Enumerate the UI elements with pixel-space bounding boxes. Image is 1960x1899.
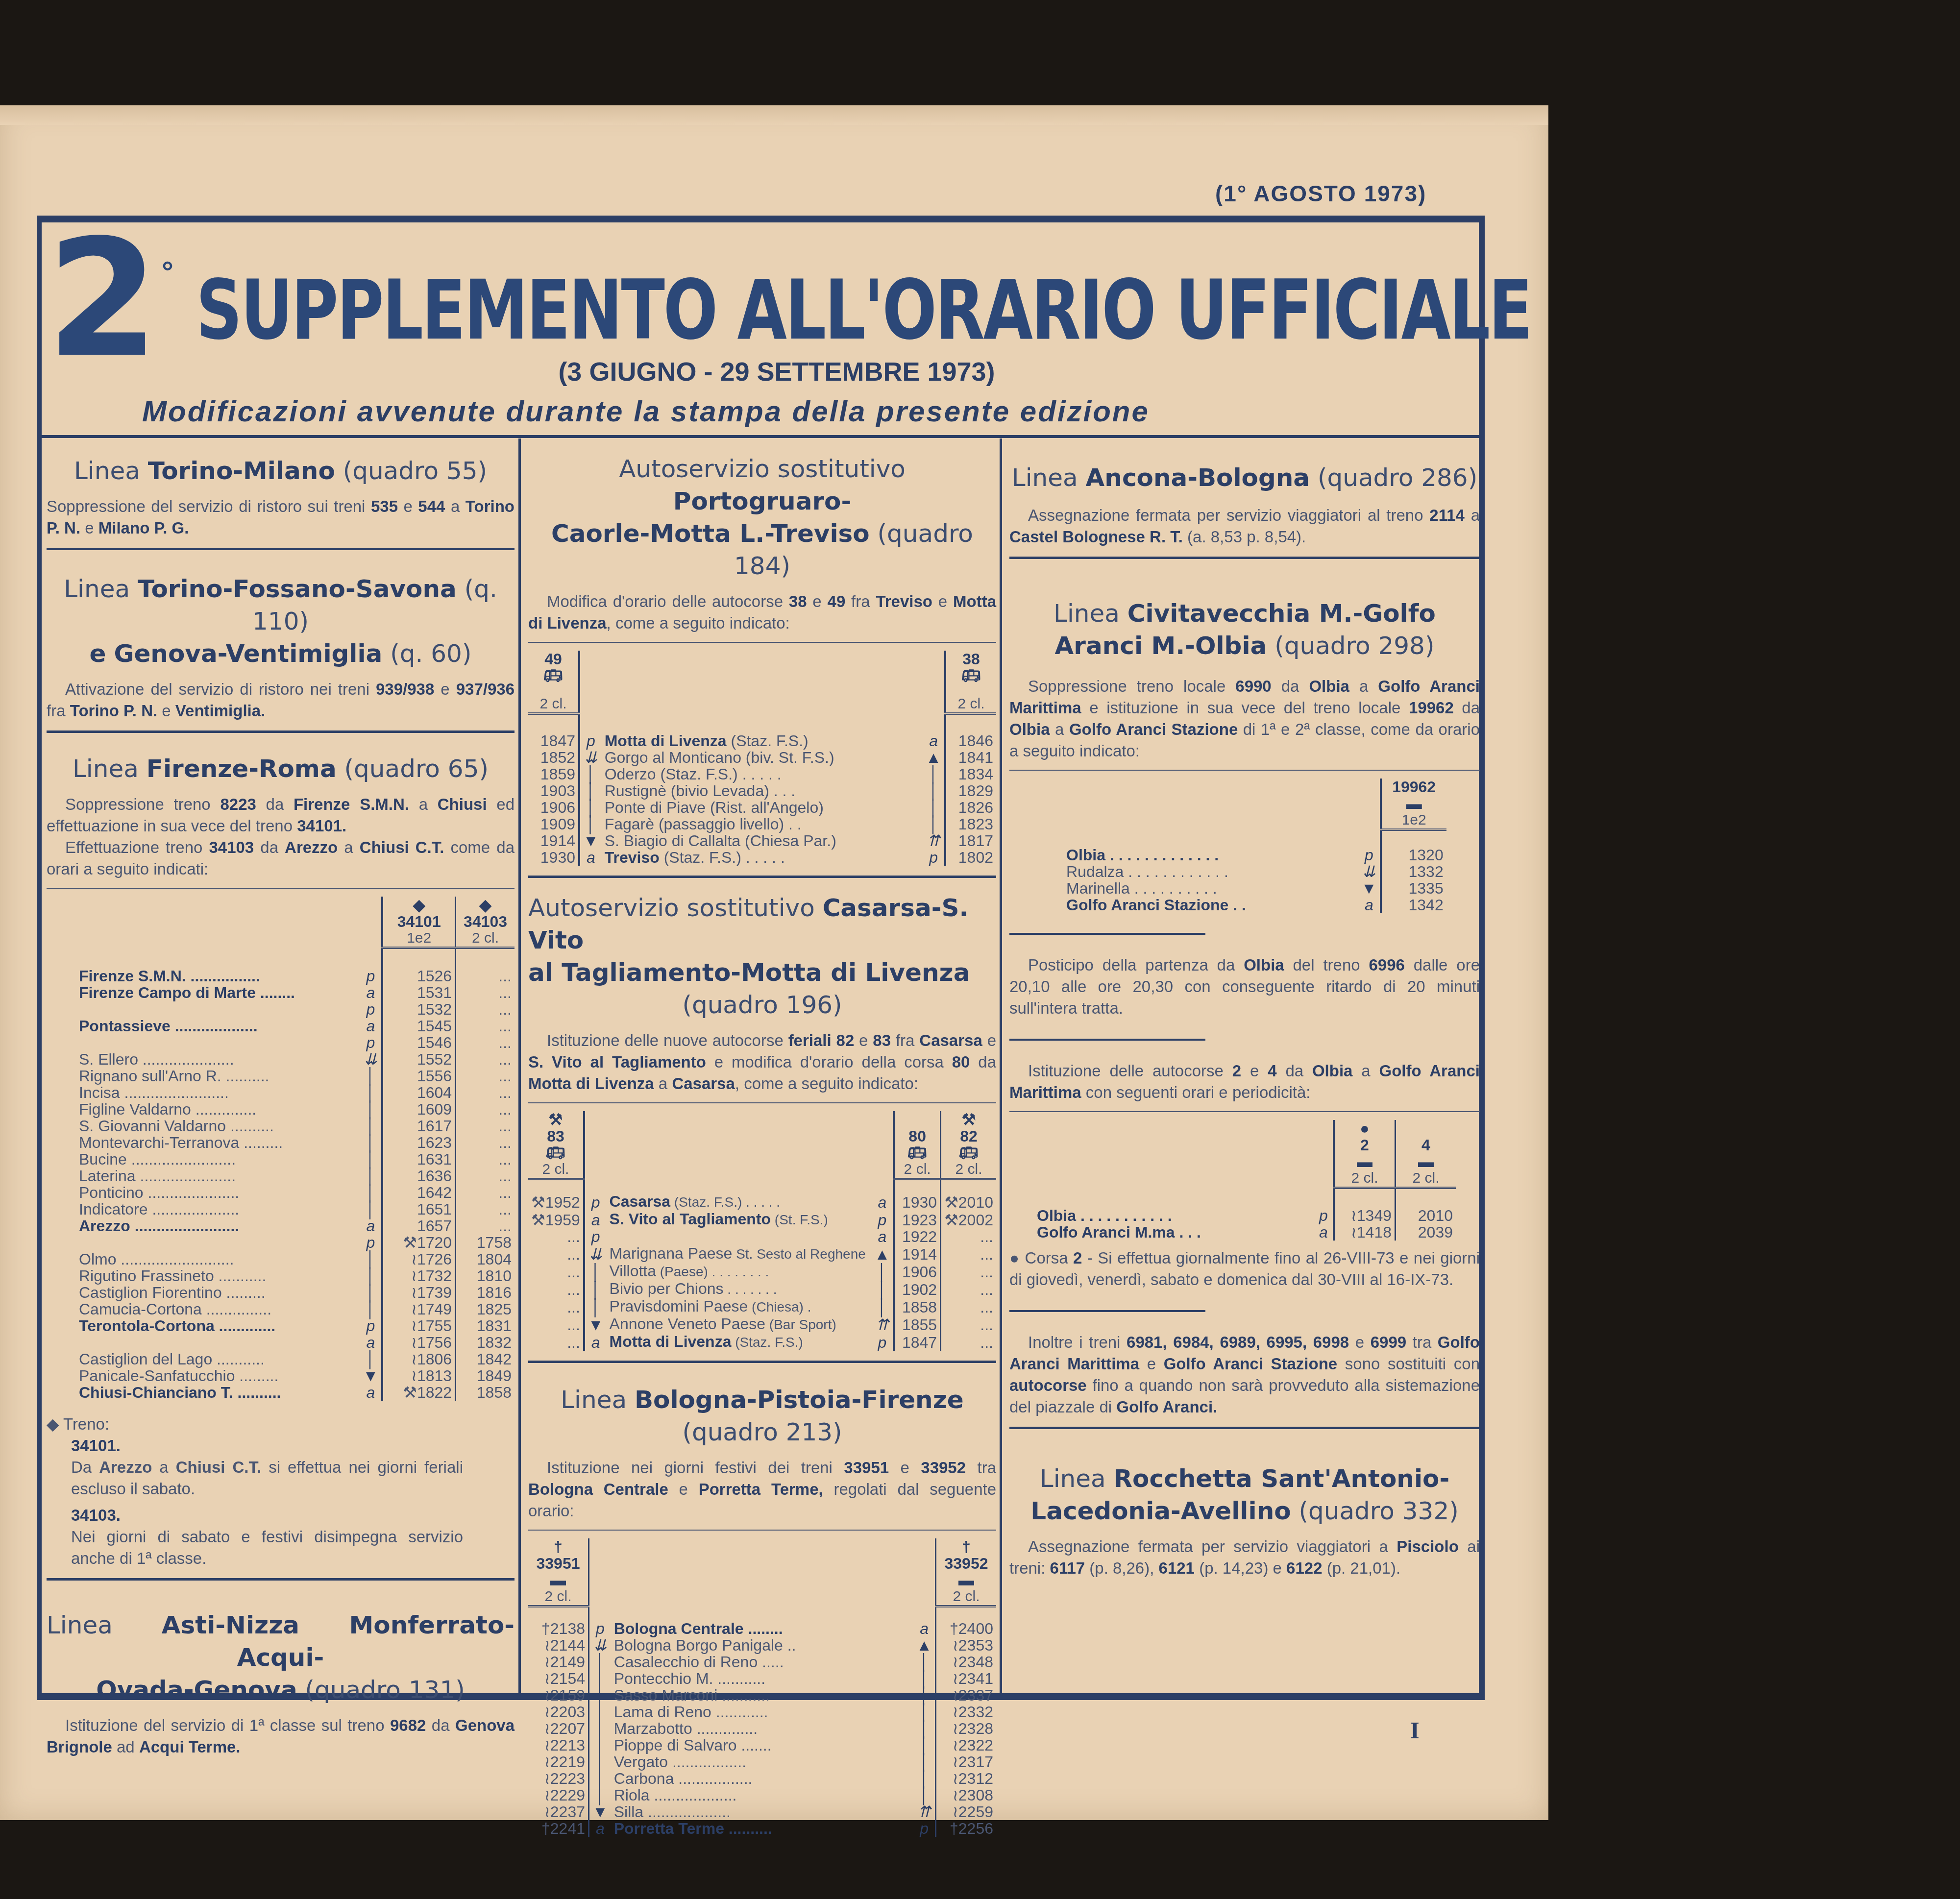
text-fragment: (quadro 65) bbox=[344, 755, 489, 783]
time-83: ... bbox=[528, 1333, 584, 1351]
table-row: Rigutino Frassineto ...........│≀1732181… bbox=[76, 1267, 514, 1284]
text-fragment: 34101 bbox=[397, 913, 441, 930]
table-row: p1546... bbox=[76, 1034, 514, 1051]
text-fragment: Olbia bbox=[1309, 677, 1349, 695]
station-name: Rigutino Frassineto ........... bbox=[76, 1267, 360, 1284]
time-49: 1906 bbox=[528, 799, 579, 816]
time-34101: ≀1749 bbox=[382, 1301, 455, 1317]
station-name: Rustignè (bivio Levada) . . . bbox=[602, 782, 923, 799]
table-row: Rignano sull'Arno R. ..........│1556... bbox=[76, 1068, 514, 1084]
section-divider bbox=[528, 876, 996, 878]
direction-mark: │ bbox=[913, 1687, 935, 1704]
page-title: SUPPLEMENTO ALL'ORARIO UFFICIALE bbox=[196, 262, 1531, 358]
text-fragment: 2 cl. bbox=[456, 930, 514, 948]
hammer-pick-icon: ⚒ bbox=[962, 1111, 976, 1128]
time-33952: †2256 bbox=[936, 1820, 997, 1837]
time-33952: ≀2322 bbox=[936, 1737, 997, 1753]
arr-dep-mark: a bbox=[360, 1384, 383, 1401]
time-80: 1914 bbox=[894, 1245, 941, 1263]
text-fragment: Linea bbox=[1040, 1464, 1106, 1493]
station-name: Marignana Paese St. Sesto al Reghene bbox=[607, 1245, 872, 1263]
text-fragment: 2 cl. bbox=[894, 1161, 941, 1179]
text-fragment: Torino P. N. bbox=[70, 702, 157, 720]
text-fragment: Autoservizio sostitutivo bbox=[619, 455, 906, 483]
direction-mark: a bbox=[923, 732, 945, 749]
text-fragment: Firenze S.M.N. bbox=[294, 795, 409, 813]
table-row: ≀2149│Casalecchio di Reno .....│≀2348 bbox=[528, 1654, 996, 1670]
direction-mark: ⇊ bbox=[579, 749, 602, 766]
table-top-rule bbox=[528, 642, 996, 643]
text-fragment: 82 bbox=[960, 1127, 978, 1145]
station-name: Bologna Centrale ........ bbox=[611, 1620, 914, 1637]
table-row: Camucia-Cortona ...............│≀1749182… bbox=[76, 1301, 514, 1317]
text-fragment: a bbox=[445, 497, 465, 515]
table-top-rule bbox=[47, 888, 514, 889]
direction-mark: ⇊ bbox=[584, 1245, 607, 1263]
text-fragment: (p. 8,26), bbox=[1085, 1559, 1158, 1577]
title-prefix: Linea bbox=[74, 457, 140, 485]
section-title: Linea Torino-Milano (quadro 55) bbox=[47, 455, 514, 487]
station-name: Firenze S.M.N. ................ bbox=[76, 968, 360, 984]
section-asti-genova: Linea Asti-Nizza Monferrato-Acqui- Ovada… bbox=[47, 1589, 514, 1758]
time-34103: 1816 bbox=[456, 1284, 514, 1301]
direction-mark: a bbox=[579, 849, 602, 866]
section-title: Linea Firenze-Roma (quadro 65) bbox=[47, 753, 514, 785]
station-name: S. Giovanni Valdarno .......... bbox=[76, 1118, 360, 1134]
text-fragment: e bbox=[90, 639, 106, 668]
direction-mark: │ bbox=[589, 1753, 611, 1770]
direction-mark: ⇈ bbox=[923, 832, 945, 849]
table-row: ...pa1922... bbox=[528, 1228, 996, 1245]
table-row: Castiglion Fiorentino .........│≀1739181… bbox=[76, 1284, 514, 1301]
direction-mark: ▼ bbox=[589, 1803, 611, 1820]
direction-mark: │ bbox=[589, 1704, 611, 1720]
direction-mark: p bbox=[871, 1211, 894, 1228]
issue-date: (1° AGOSTO 1973) bbox=[1215, 180, 1426, 207]
text-fragment: Motta di Livenza bbox=[528, 1074, 654, 1093]
time-34103: ... bbox=[456, 1101, 514, 1118]
station-name: Rignano sull'Arno R. .......... bbox=[76, 1068, 360, 1084]
table-top-rule bbox=[1009, 770, 1480, 771]
text-fragment: Istituzione delle nuove autocorse bbox=[547, 1031, 788, 1049]
time-33952: ≀2353 bbox=[936, 1637, 997, 1654]
section-title: Autoservizio sostitutivo Casarsa-S. Vito… bbox=[528, 892, 996, 1021]
text-fragment: da bbox=[254, 838, 285, 856]
time-83: ⚒1952 bbox=[528, 1193, 584, 1211]
text-fragment: ad bbox=[112, 1738, 139, 1756]
station-name: Camucia-Cortona ............... bbox=[76, 1301, 360, 1317]
section-title: Linea Ancona-Bologna (quadro 286) bbox=[1009, 462, 1480, 494]
time-33952: ≀2317 bbox=[936, 1753, 997, 1770]
time-38: 1823 bbox=[945, 816, 996, 832]
table-row: ...aMotta di Livenza (Staz. F.S.)p1847..… bbox=[528, 1333, 996, 1351]
note-item: 34101.Da Arezzo a Chiusi C.T. si effettu… bbox=[71, 1435, 514, 1500]
text-fragment: a bbox=[1050, 720, 1069, 738]
text-fragment: 6981, 6984, 6989, 6995, 6998 bbox=[1127, 1333, 1349, 1351]
text-fragment: 6122 bbox=[1286, 1559, 1322, 1577]
time-34101: 1623 bbox=[382, 1134, 455, 1151]
text-fragment: Soppressione del servizio di ristoro sui… bbox=[47, 497, 371, 515]
time-80: 1858 bbox=[894, 1298, 941, 1315]
text-fragment: 2114 bbox=[1429, 506, 1465, 524]
time-34103: ... bbox=[456, 968, 514, 984]
section-title: Linea Asti-Nizza Monferrato-Acqui- Ovada… bbox=[47, 1609, 514, 1706]
table-top-rule bbox=[528, 1530, 996, 1531]
arr-dep-mark: │ bbox=[360, 1184, 383, 1201]
station-name: Oderzo (Staz. F.S.) . . . . . bbox=[602, 766, 923, 782]
direction-mark: p bbox=[584, 1228, 607, 1245]
time-82: ... bbox=[941, 1315, 996, 1333]
station-name: Castiglion Fiorentino ......... bbox=[76, 1284, 360, 1301]
time-82: ⚒2010 bbox=[941, 1193, 996, 1211]
text-fragment: e istituzione in sua vece del treno loca… bbox=[1081, 699, 1409, 717]
table-row: ≀2154│Pontecchio M. ...........│≀2341 bbox=[528, 1670, 996, 1687]
time-33951: †2138 bbox=[528, 1620, 589, 1637]
text-fragment: 6121 bbox=[1159, 1559, 1195, 1577]
station-name: Villotta (Paese) . . . . . . . . bbox=[607, 1263, 872, 1280]
station-name: Marinella . . . . . . . . . . bbox=[1063, 880, 1358, 897]
direction-mark: a bbox=[584, 1211, 607, 1228]
station-name: Golfo Aranci M.ma . . . bbox=[1034, 1224, 1314, 1241]
table-row: Firenze Campo di Marte ........a1531... bbox=[76, 984, 514, 1001]
time-33951: ≀2159 bbox=[528, 1687, 589, 1704]
time-82: ... bbox=[941, 1263, 996, 1280]
arr-dep-mark: p bbox=[1314, 1207, 1334, 1224]
table-row: Figline Valdarno ..............│1609... bbox=[76, 1101, 514, 1118]
time-33951: ≀2154 bbox=[528, 1670, 589, 1687]
text-fragment: da bbox=[1454, 699, 1480, 717]
time-34103: 1810 bbox=[456, 1267, 514, 1284]
time-38: 1802 bbox=[945, 849, 996, 866]
table-row: Panicale-Sanfatucchio .........▼≀1813184… bbox=[76, 1367, 514, 1384]
table-row: p⚒17201758 bbox=[76, 1234, 514, 1251]
time-34101: ≀1756 bbox=[382, 1334, 455, 1351]
time-19962: 1332 bbox=[1381, 863, 1446, 880]
time-34103: ... bbox=[456, 1168, 514, 1184]
text-fragment: 6999 bbox=[1371, 1333, 1406, 1351]
text-fragment: fra bbox=[845, 592, 876, 610]
table-row: Incisa ........................│1604... bbox=[76, 1084, 514, 1101]
text-fragment: , come a seguito indicato: bbox=[735, 1074, 918, 1093]
railcar-icon: ▬ bbox=[1406, 795, 1422, 812]
station-name: Panicale-Sanfatucchio ......... bbox=[76, 1367, 360, 1384]
station-name bbox=[76, 1234, 360, 1251]
direction-mark: │ bbox=[584, 1263, 607, 1280]
text-fragment: Caorle-Motta L.-Treviso bbox=[551, 519, 870, 548]
text-fragment: e bbox=[1139, 1355, 1164, 1373]
time-34101: 1657 bbox=[382, 1217, 455, 1234]
text-fragment: Treviso bbox=[876, 592, 932, 610]
station-name: Rudalza . . . . . . . . . . . . bbox=[1063, 863, 1358, 880]
hammer-pick-icon: ⚒ bbox=[549, 1111, 563, 1128]
time-34101: 1545 bbox=[382, 1018, 455, 1034]
section-casarsa: Autoservizio sostitutivo Casarsa-S. Vito… bbox=[528, 887, 996, 1363]
table-row: 1930aTreviso (Staz. F.S.) . . . . .p1802 bbox=[528, 849, 996, 866]
direction-mark: a bbox=[871, 1228, 894, 1245]
direction-mark: ▼ bbox=[584, 1315, 607, 1333]
station-name: Indicatore .................... bbox=[76, 1201, 360, 1217]
text-fragment: e bbox=[434, 680, 456, 698]
text-fragment: autocorse bbox=[1009, 1376, 1087, 1394]
direction-mark: │ bbox=[584, 1298, 607, 1315]
text-fragment: (q. 60) bbox=[390, 639, 471, 668]
arr-dep-mark: p bbox=[360, 968, 383, 984]
section-divider bbox=[1009, 557, 1480, 559]
arr-dep-mark: a bbox=[1314, 1224, 1334, 1241]
time-34101: ≀1806 bbox=[382, 1351, 455, 1367]
arr-dep-mark: a bbox=[360, 984, 383, 1001]
text-fragment: da bbox=[1277, 1062, 1312, 1080]
table-row: Terontola-Cortona .............p≀1755183… bbox=[76, 1317, 514, 1334]
time-34101: ⚒1822 bbox=[382, 1384, 455, 1401]
section-title: Linea Rocchetta Sant'Antonio- Lacedonia-… bbox=[1009, 1462, 1480, 1527]
section-portogruaro: Autoservizio sostitutivo Portogruaro- Ca… bbox=[528, 441, 996, 878]
text-fragment: e bbox=[668, 1480, 699, 1498]
text-fragment: 34101. bbox=[297, 817, 346, 835]
bus-icon: 🚌︎ bbox=[907, 1144, 928, 1162]
time-34101: ⚒1720 bbox=[382, 1234, 455, 1251]
time-34101: 1631 bbox=[382, 1151, 455, 1168]
text-fragment: Ventimiglia. bbox=[175, 702, 265, 720]
direction-mark: │ bbox=[913, 1787, 935, 1803]
text-fragment: 34103 bbox=[209, 838, 254, 856]
text-fragment: Soppressione treno locale bbox=[1028, 677, 1235, 695]
text-fragment: Autoservizio sostitutivo bbox=[528, 894, 815, 922]
station-name: Bivio per Chions . . . . . . . bbox=[607, 1280, 872, 1298]
direction-mark: p bbox=[923, 849, 945, 866]
section-text: Attivazione del servizio di ristoro nei … bbox=[47, 679, 514, 722]
railcar-icon: ▬ bbox=[1418, 1153, 1434, 1170]
text-fragment: Chiusi C.T. bbox=[176, 1458, 261, 1476]
direction-mark: ▼ bbox=[579, 832, 602, 849]
time-34101: 1526 bbox=[382, 968, 455, 984]
table-row: 1903│Rustignè (bivio Levada) . . .│1829 bbox=[528, 782, 996, 799]
table-row: ⚒1959aS. Vito al Tagliamento (St. F.S.)p… bbox=[528, 1211, 996, 1228]
table-row: 1909│Fagarè (passaggio livello) . .│1823 bbox=[528, 816, 996, 832]
table-row: a≀17561832 bbox=[76, 1334, 514, 1351]
table-row: S. Ellero .....................⇊1552... bbox=[76, 1051, 514, 1068]
station-name bbox=[76, 1034, 360, 1051]
text-fragment: 937/936 bbox=[456, 680, 514, 698]
text-fragment: Linea bbox=[1053, 599, 1120, 628]
table-row: Olbia . . . . . . . . . . . . . p1320 bbox=[1063, 847, 1446, 863]
time-34101: 1552 bbox=[382, 1051, 455, 1068]
text-fragment: a bbox=[152, 1458, 175, 1476]
section-text: Istituzione nei giorni festivi dei treni… bbox=[528, 1457, 996, 1522]
short-divider bbox=[1009, 1310, 1205, 1312]
time-80: 1847 bbox=[894, 1333, 941, 1351]
time-34103: 1842 bbox=[456, 1351, 514, 1367]
column-divider bbox=[518, 438, 521, 1695]
direction-mark: p bbox=[579, 732, 602, 749]
time-80: 1902 bbox=[894, 1280, 941, 1298]
timetable-casarsa-motta: ⚒83🚌︎ 80🚌︎ ⚒82🚌︎ 2 cl. 2 cl. 2 cl. ⚒1952… bbox=[528, 1111, 996, 1351]
text-fragment: Modifica d'orario delle autocorse bbox=[547, 592, 789, 610]
text-fragment: Arezzo bbox=[99, 1458, 152, 1476]
station-name: Annone Veneto Paese (Bar Sport) bbox=[607, 1315, 872, 1333]
text-fragment: Chiusi C.T. bbox=[360, 838, 444, 856]
time-49: 1847 bbox=[528, 732, 579, 749]
station-name: Golfo Aranci Stazione . . bbox=[1063, 897, 1358, 913]
text-fragment: 2 cl. bbox=[936, 1588, 997, 1607]
timetable-autocorse-2-4: ●2▬ 4▬ 2 cl. 2 cl. Olbia . . . . . . . .… bbox=[1034, 1120, 1456, 1241]
text-fragment: da bbox=[1272, 677, 1309, 695]
notes-label: ◆ Treno: bbox=[47, 1413, 514, 1435]
section-title: Autoservizio sostitutivo Portogruaro- Ca… bbox=[528, 453, 996, 582]
text-fragment: tra bbox=[1406, 1333, 1438, 1351]
text-fragment: 8223 bbox=[220, 795, 256, 813]
text-fragment: Casarsa bbox=[672, 1074, 735, 1093]
bus-icon: 🚌︎ bbox=[546, 1144, 566, 1162]
station-name: Ponte di Piave (Rist. all'Angelo) bbox=[602, 799, 923, 816]
text-fragment: da bbox=[256, 795, 294, 813]
text-fragment: Olbia bbox=[1009, 720, 1050, 738]
text-fragment: Genova-Ventimiglia bbox=[114, 639, 382, 668]
text-fragment: Asti-Nizza Monferrato-Acqui- bbox=[162, 1611, 514, 1672]
text-fragment: (quadro 213) bbox=[682, 1418, 842, 1446]
section-torino-savona: Linea Torino-Fossano-Savona (q. 110) e G… bbox=[47, 559, 514, 733]
direction-mark: │ bbox=[589, 1737, 611, 1753]
station-name: Pontassieve ................... bbox=[76, 1018, 360, 1034]
direction-mark: │ bbox=[579, 766, 602, 782]
text-fragment: 6990 bbox=[1235, 677, 1271, 695]
time-34103: ... bbox=[456, 1217, 514, 1234]
arr-dep-mark: a bbox=[360, 1217, 383, 1234]
time-33951: ≀2203 bbox=[528, 1704, 589, 1720]
time-33951: ≀2207 bbox=[528, 1720, 589, 1737]
text-fragment: Arezzo bbox=[285, 838, 338, 856]
time-34103: ... bbox=[456, 1051, 514, 1068]
time-34101: 1651 bbox=[382, 1201, 455, 1217]
section-text: Assegnazione fermata per servizio viaggi… bbox=[1009, 505, 1480, 548]
station-name: Pioppe di Salvaro ....... bbox=[611, 1737, 914, 1753]
table-row: Marinella . . . . . . . . . . ▼1335 bbox=[1063, 880, 1446, 897]
station-name: Riola ................... bbox=[611, 1787, 914, 1803]
time-34101: ≀1739 bbox=[382, 1284, 455, 1301]
arr-dep-mark: a bbox=[1358, 897, 1381, 913]
time-83: ⚒1959 bbox=[528, 1211, 584, 1228]
supplement-number: 2 bbox=[47, 218, 159, 380]
time-34103: ... bbox=[456, 1118, 514, 1134]
arr-dep-mark: a bbox=[360, 1334, 383, 1351]
time-34101: 1556 bbox=[382, 1068, 455, 1084]
direction-mark: │ bbox=[589, 1787, 611, 1803]
timetable-olbia-golfo-aranci: 19962▬ 1e2 Olbia . . . . . . . . . . . .… bbox=[1063, 779, 1446, 913]
line-name: Torino-Milano bbox=[148, 457, 335, 485]
text-fragment: Bologna-Pistoia-Firenze bbox=[635, 1386, 964, 1414]
text-fragment: fra bbox=[47, 702, 70, 720]
direction-mark: p bbox=[871, 1333, 894, 1351]
text-fragment: Portogruaro- bbox=[673, 487, 851, 515]
section-divider bbox=[47, 1578, 514, 1581]
table-row: Olbia . . . . . . . . . . . p≀13492010 bbox=[1034, 1207, 1456, 1224]
text-fragment: a bbox=[654, 1074, 672, 1093]
direction-mark: │ bbox=[913, 1704, 935, 1720]
time-49: 1852 bbox=[528, 749, 579, 766]
text-fragment: , come a seguito indicato: bbox=[607, 614, 790, 632]
text-fragment: (a. 8,53 p. 8,54). bbox=[1183, 528, 1306, 546]
text-fragment: 2 cl. bbox=[1396, 1170, 1456, 1188]
time-33952: ≀2341 bbox=[936, 1670, 997, 1687]
text-fragment: e modifica d'orario della corsa bbox=[706, 1053, 952, 1071]
railcar-icon: ▬ bbox=[1357, 1153, 1372, 1170]
direction-mark: │ bbox=[871, 1263, 894, 1280]
arr-dep-mark: │ bbox=[360, 1118, 383, 1134]
text-fragment: 939/938 bbox=[376, 680, 434, 698]
text-fragment: 535 bbox=[371, 497, 398, 515]
direction-mark: │ bbox=[923, 816, 945, 832]
tagline: Modificazioni avvenute durante la stampa… bbox=[142, 394, 1150, 428]
direction-mark: │ bbox=[871, 1298, 894, 1315]
time-38: 1841 bbox=[945, 749, 996, 766]
time-34103: ... bbox=[456, 1134, 514, 1151]
time-33952: †2400 bbox=[936, 1620, 997, 1637]
short-divider bbox=[1009, 1039, 1205, 1041]
time-34101: 1531 bbox=[382, 984, 455, 1001]
section-rocchetta: Linea Rocchetta Sant'Antonio- Lacedonia-… bbox=[1009, 1438, 1480, 1579]
arr-dep-mark: │ bbox=[360, 1301, 383, 1317]
table-row: ≀2223│Carbona .................│≀2312 bbox=[528, 1770, 996, 1787]
timetable-firenze-chiusi: ◆34101 ◆34103 1e2 2 cl. Firenze S.M.N. .… bbox=[76, 897, 514, 1401]
time-49: 1909 bbox=[528, 816, 579, 832]
text-fragment: 2 cl. bbox=[941, 1161, 996, 1179]
text-fragment: 2 bbox=[1232, 1062, 1241, 1080]
direction-mark: │ bbox=[913, 1737, 935, 1753]
station-name: Marzabotto .............. bbox=[611, 1720, 914, 1737]
direction-mark: │ bbox=[871, 1280, 894, 1298]
time-33952: ≀2259 bbox=[936, 1803, 997, 1820]
time-34103: ... bbox=[456, 1151, 514, 1168]
time-34101: 1532 bbox=[382, 1001, 455, 1018]
text-fragment: feriali 82 bbox=[788, 1031, 855, 1049]
station-name: Silla ................... bbox=[611, 1803, 914, 1820]
text-fragment: da bbox=[970, 1053, 996, 1071]
header-divider bbox=[42, 435, 1480, 438]
arr-dep-mark: │ bbox=[360, 1101, 383, 1118]
direction-mark: a bbox=[584, 1333, 607, 1351]
istituzione-text: Istituzione delle autocorse 2 e 4 da Olb… bbox=[1009, 1060, 1480, 1103]
text-fragment: 6117 bbox=[1050, 1559, 1085, 1577]
direction-mark: ▲ bbox=[923, 749, 945, 766]
section-ancona-bologna: Linea Ancona-Bologna (quadro 286) Assegn… bbox=[1009, 441, 1480, 559]
station-name: Treviso (Staz. F.S.) . . . . . bbox=[602, 849, 923, 866]
station-name: Lama di Reno ............ bbox=[611, 1704, 914, 1720]
diamond-icon: ◆ bbox=[413, 896, 425, 914]
text-fragment: Ancona-Bologna bbox=[1086, 463, 1310, 492]
text-fragment: 2 bbox=[1360, 1136, 1369, 1154]
text-fragment: 4 bbox=[1268, 1062, 1276, 1080]
diamond-icon: ◆ bbox=[479, 896, 491, 914]
station-name bbox=[76, 1001, 360, 1018]
text-fragment: 80 bbox=[952, 1053, 970, 1071]
table-row: ...⇊Marignana Paese St. Sesto al Reghene… bbox=[528, 1245, 996, 1263]
table-row: Golfo Aranci M.ma . . . a≀14182039 bbox=[1034, 1224, 1456, 1241]
text-fragment: 34101. bbox=[71, 1435, 135, 1457]
table-row: ≀2219│Vergato .................│≀2317 bbox=[528, 1753, 996, 1770]
time-49: 1903 bbox=[528, 782, 579, 799]
station-name: S. Ellero ..................... bbox=[76, 1051, 360, 1068]
text-fragment: 2 cl. bbox=[528, 684, 579, 713]
text-fragment: (quadro 131) bbox=[305, 1676, 465, 1704]
time-83: ... bbox=[528, 1280, 584, 1298]
text-fragment: 83 bbox=[873, 1031, 891, 1049]
cross-icon: † bbox=[554, 1538, 563, 1556]
time-82: ⚒2002 bbox=[941, 1211, 996, 1228]
text-fragment: Linea bbox=[73, 755, 139, 783]
direction-mark: ▲ bbox=[871, 1245, 894, 1263]
inoltre-text: Inoltre i treni 6981, 6984, 6989, 6995, … bbox=[1009, 1332, 1480, 1418]
ordinal-mark: ° bbox=[162, 255, 173, 289]
